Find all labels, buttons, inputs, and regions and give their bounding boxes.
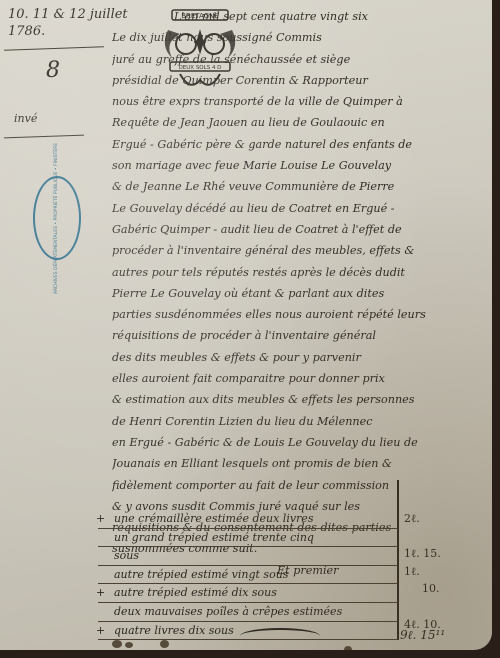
body-line: Le Gouvelay décédé au lieu de Coatret en… — [112, 198, 487, 219]
body-line: Gabéric Quimper - audit lieu de Coatret … — [112, 219, 487, 240]
item-amount: 1ℓ. — [404, 563, 492, 581]
body-line: fidèlement comporter au fait de leur com… — [112, 475, 487, 496]
archive-stamp: ARCHIVES DÉPARTEMENTALES • PROPRIÉTÉ PUB… — [33, 176, 81, 260]
body-line: nous être exprs transporté de la ville d… — [112, 91, 487, 112]
document-page: 10. 11 & 12 juillet 1786. 8 invé BRETAGN… — [0, 0, 492, 650]
body-line: des dits meubles & effets & pour y parve… — [112, 347, 487, 368]
margin-date: 10. 11 & 12 juillet 1786. — [8, 6, 128, 40]
inventory-item: +une crémaillère estimée deux livres — [98, 510, 398, 529]
ink-stain — [112, 640, 122, 648]
body-line: Pierre Le Gouvelay où étant & parlant au… — [112, 283, 487, 304]
margin-date-line1: 10. 11 & 12 juillet — [8, 6, 128, 23]
body-line: présidial de Quimper Corentin & Rapporte… — [112, 70, 487, 91]
margin-divider-2 — [4, 135, 84, 139]
body-line: parties susdénommées elles nous auroient… — [112, 304, 487, 325]
ink-stain — [160, 640, 169, 648]
inventory-item: un grand trépied estimé trente cinq — [98, 529, 398, 548]
body-line: Requête de Jean Jaouen au lieu de Goulao… — [112, 112, 487, 133]
body-line: Jouanais en Elliant lesquels ont promis … — [112, 453, 487, 474]
body-line: de Henri Corentin Lizien du lieu du Méle… — [112, 411, 487, 432]
margin-date-line2: 1786. — [8, 23, 128, 40]
inventory-item: deux mauvaises poîles à crêpes estimées — [98, 603, 398, 622]
body-line: procéder à l'inventaire général des meub… — [112, 240, 487, 261]
body-line: Ergué - Gabéric père & garde naturel des… — [112, 134, 487, 155]
document-body: L'an mil sept cent quatre vingt six Le d… — [112, 6, 487, 581]
margin-divider — [4, 46, 104, 50]
item-amount: 10. — [404, 580, 492, 598]
body-line: juré au greffe de la sénéchaussée et siè… — [112, 49, 487, 70]
ink-stain — [125, 642, 133, 648]
inventory-item: autre trépied estimé vingt sous — [98, 566, 398, 585]
body-line: L'an mil sept cent quatre vingt six — [112, 6, 487, 27]
inventory-item: sous — [98, 547, 398, 566]
inventory-item: +autre trépied estimé dix sous — [98, 584, 398, 603]
folio-number: 8 — [46, 58, 60, 83]
item-amount: 1ℓ. 15. — [404, 545, 492, 563]
body-line: autres pour tels réputés restés après le… — [112, 262, 487, 283]
body-line: & de Jeanne Le Rhé veuve Communière de P… — [112, 176, 487, 197]
body-line: elles auroient fait comparaitre pour don… — [112, 368, 487, 389]
item-amount — [404, 528, 492, 546]
body-line: & estimation aux dits meubles & effets l… — [112, 389, 487, 410]
item-amount — [404, 598, 492, 616]
archive-stamp-text: ARCHIVES DÉPARTEMENTALES • PROPRIÉTÉ PUB… — [55, 142, 60, 293]
amount-column: 2ℓ. 1ℓ. 15. 1ℓ. 10. 4ℓ. 10. — [404, 510, 492, 633]
signature-flourish — [240, 628, 320, 644]
inventory-list: +une crémaillère estimée deux livres un … — [98, 510, 398, 640]
body-line: Le dix juillet nous soussigné Commis — [112, 27, 487, 48]
body-line: en Ergué - Gabéric & de Louis Le Gouvela… — [112, 432, 487, 453]
running-total: 9ℓ. 15¹¹ — [400, 628, 445, 643]
ink-stain — [344, 646, 352, 650]
margin-note: invé — [14, 112, 37, 125]
item-amount: 2ℓ. — [404, 510, 492, 528]
body-line: son mariage avec feue Marie Louise Le Go… — [112, 155, 487, 176]
body-line: réquisitions de procéder à l'inventaire … — [112, 325, 487, 346]
